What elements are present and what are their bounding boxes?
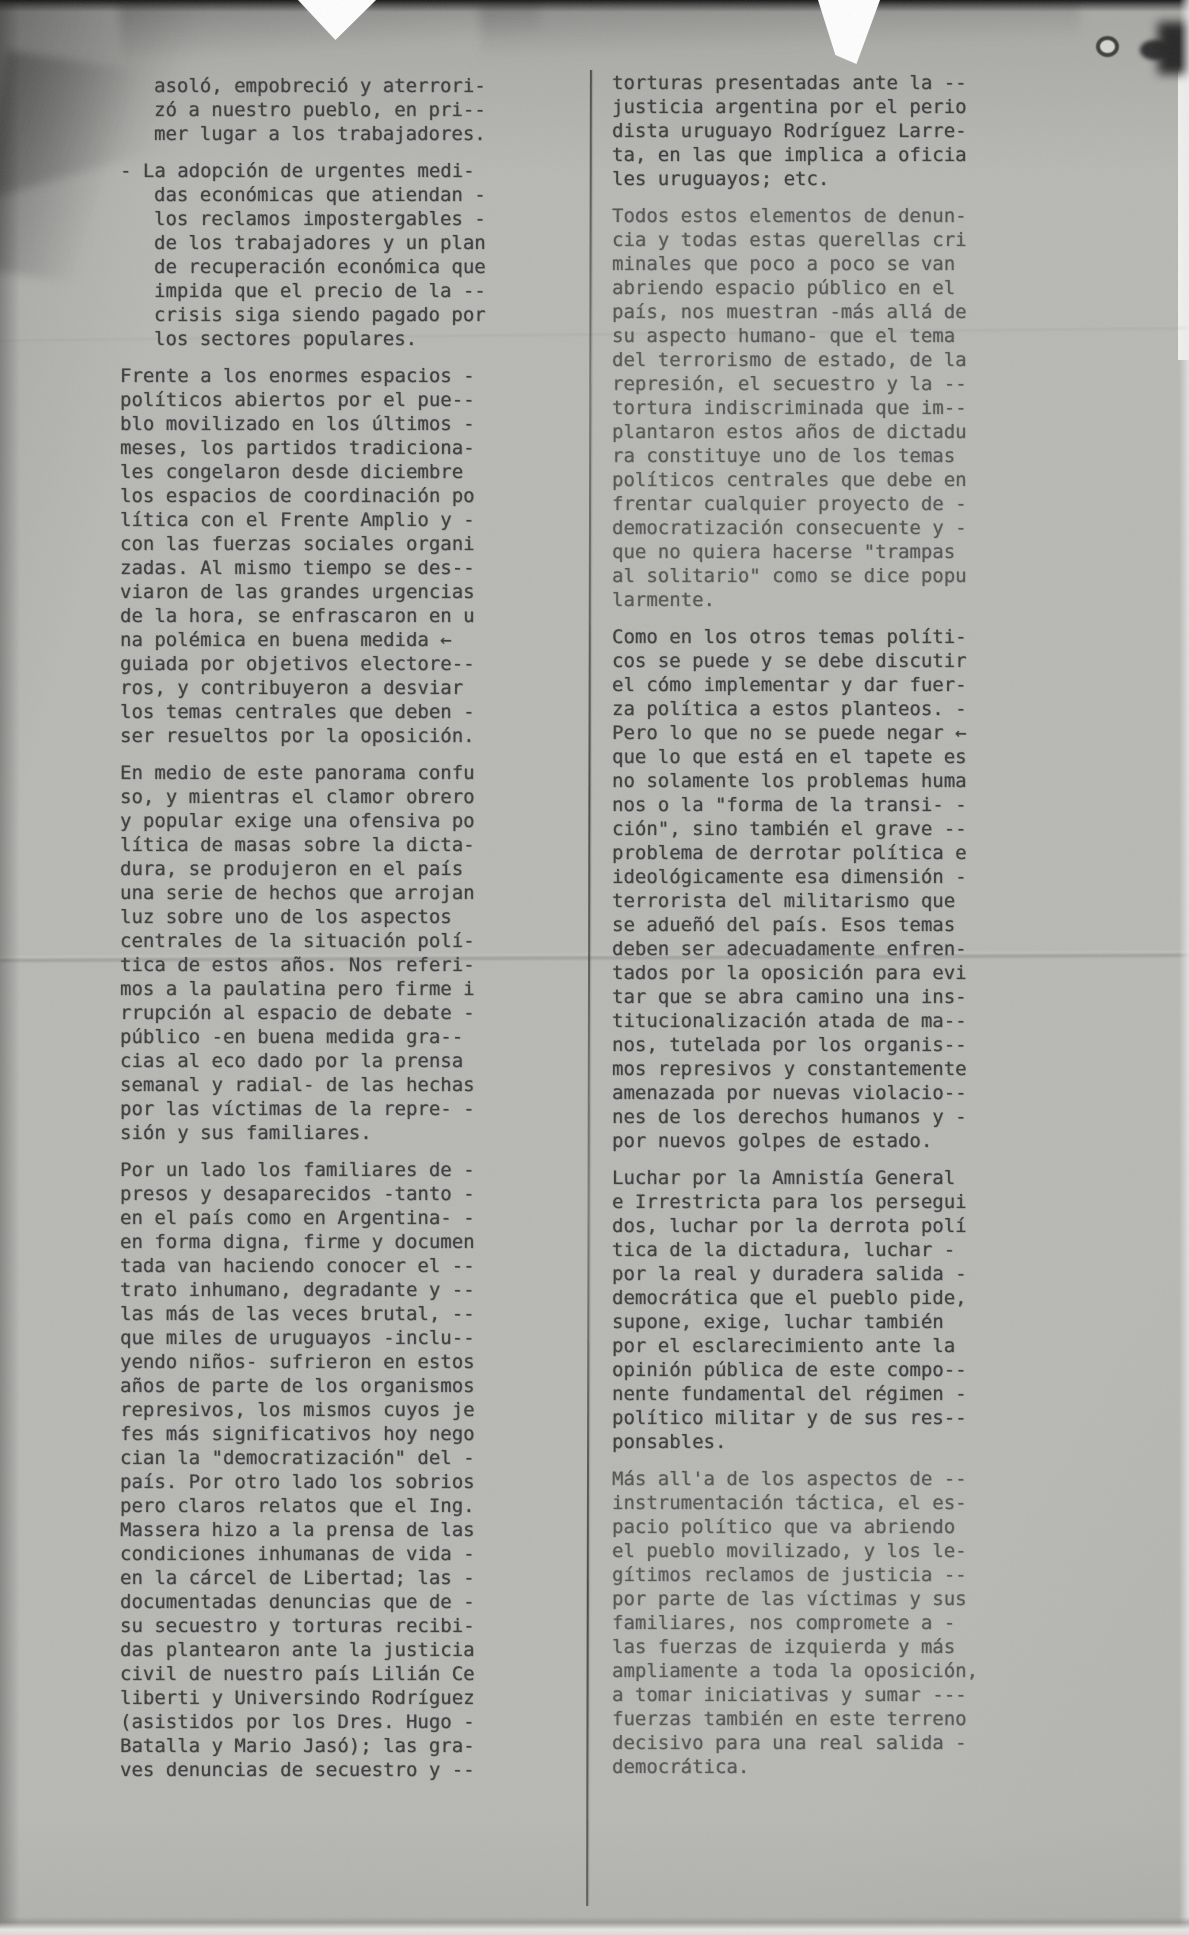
paragraph: Todos estos elementos de denun- cia y to…: [612, 204, 1004, 612]
paragraph: Como en los otros temas políti- cos se p…: [612, 625, 1004, 1153]
paragraph-bullet-item: - La adopción de urgentes medi- das econ…: [120, 159, 496, 351]
right-column: torturas presentadas ante la -- justicia…: [612, 71, 1004, 1792]
paragraph: Luchar por la Amnistía General e Irrestr…: [612, 1166, 1004, 1454]
scan-left-edge-shadow: [0, 0, 20, 1935]
paragraph: En medio de este panorama confu so, y mi…: [120, 761, 496, 1145]
corner-shadow: [1158, 22, 1189, 74]
document-page: asoló, empobreció y aterrori- zó a nuest…: [0, 0, 1189, 1935]
paragraph: torturas presentadas ante la -- justicia…: [612, 71, 1004, 191]
scan-top-edge: [0, 0, 1189, 12]
scan-right-edge: [1179, 0, 1189, 1935]
column-divider-line: [586, 70, 592, 1906]
paper-fold-shadow: [117, 0, 542, 85]
paragraph: Más all'a de los aspectos de -- instrume…: [612, 1467, 1004, 1779]
paragraph-continuation: asoló, empobreció y aterrori- zó a nuest…: [154, 74, 496, 146]
torn-edge-sliver: [1178, 40, 1189, 360]
paper-bottom-edge: [0, 1917, 1189, 1935]
paragraph: Por un lado los familiares de - presos y…: [120, 1158, 496, 1782]
left-column: asoló, empobreció y aterrori- zó a nuest…: [120, 74, 496, 1795]
punch-hole: [1096, 36, 1119, 57]
paragraph: Frente a los enormes espacios - político…: [120, 364, 496, 748]
